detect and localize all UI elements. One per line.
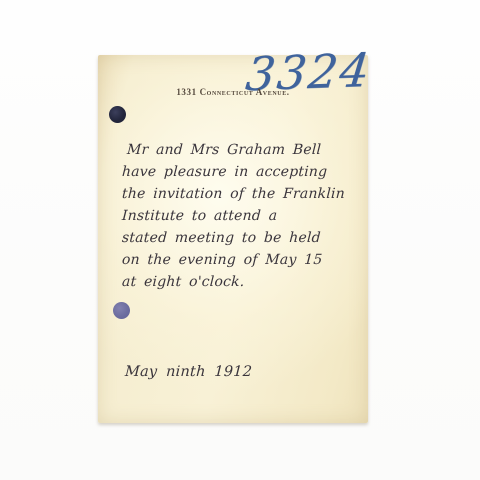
scanned-page: 3324 1331 Connecticut Avenue. Mr and Mrs… [0, 0, 480, 480]
letter-line: Institute to attend a [121, 205, 358, 227]
letter-line-salutation: Mr and Mrs Graham Bell [121, 139, 358, 161]
letter-date: May ninth 1912 [125, 364, 253, 380]
letter-line: stated meeting to be held [121, 227, 358, 249]
letter-paper: 3324 1331 Connecticut Avenue. Mr and Mrs… [98, 55, 368, 423]
letter-line: at eight o'clock. [121, 271, 358, 293]
letter-line: have pleasure in accepting [121, 161, 358, 183]
letter-body: Mr and Mrs Graham Bell have pleasure in … [122, 139, 358, 293]
letter-line: on the evening of May 15 [121, 249, 358, 271]
hole-punch-bottom [113, 302, 130, 319]
letterhead-address: 1331 Connecticut Avenue. [98, 87, 368, 97]
hole-punch-top [109, 106, 126, 123]
letter-line: the invitation of the Franklin [121, 183, 358, 205]
